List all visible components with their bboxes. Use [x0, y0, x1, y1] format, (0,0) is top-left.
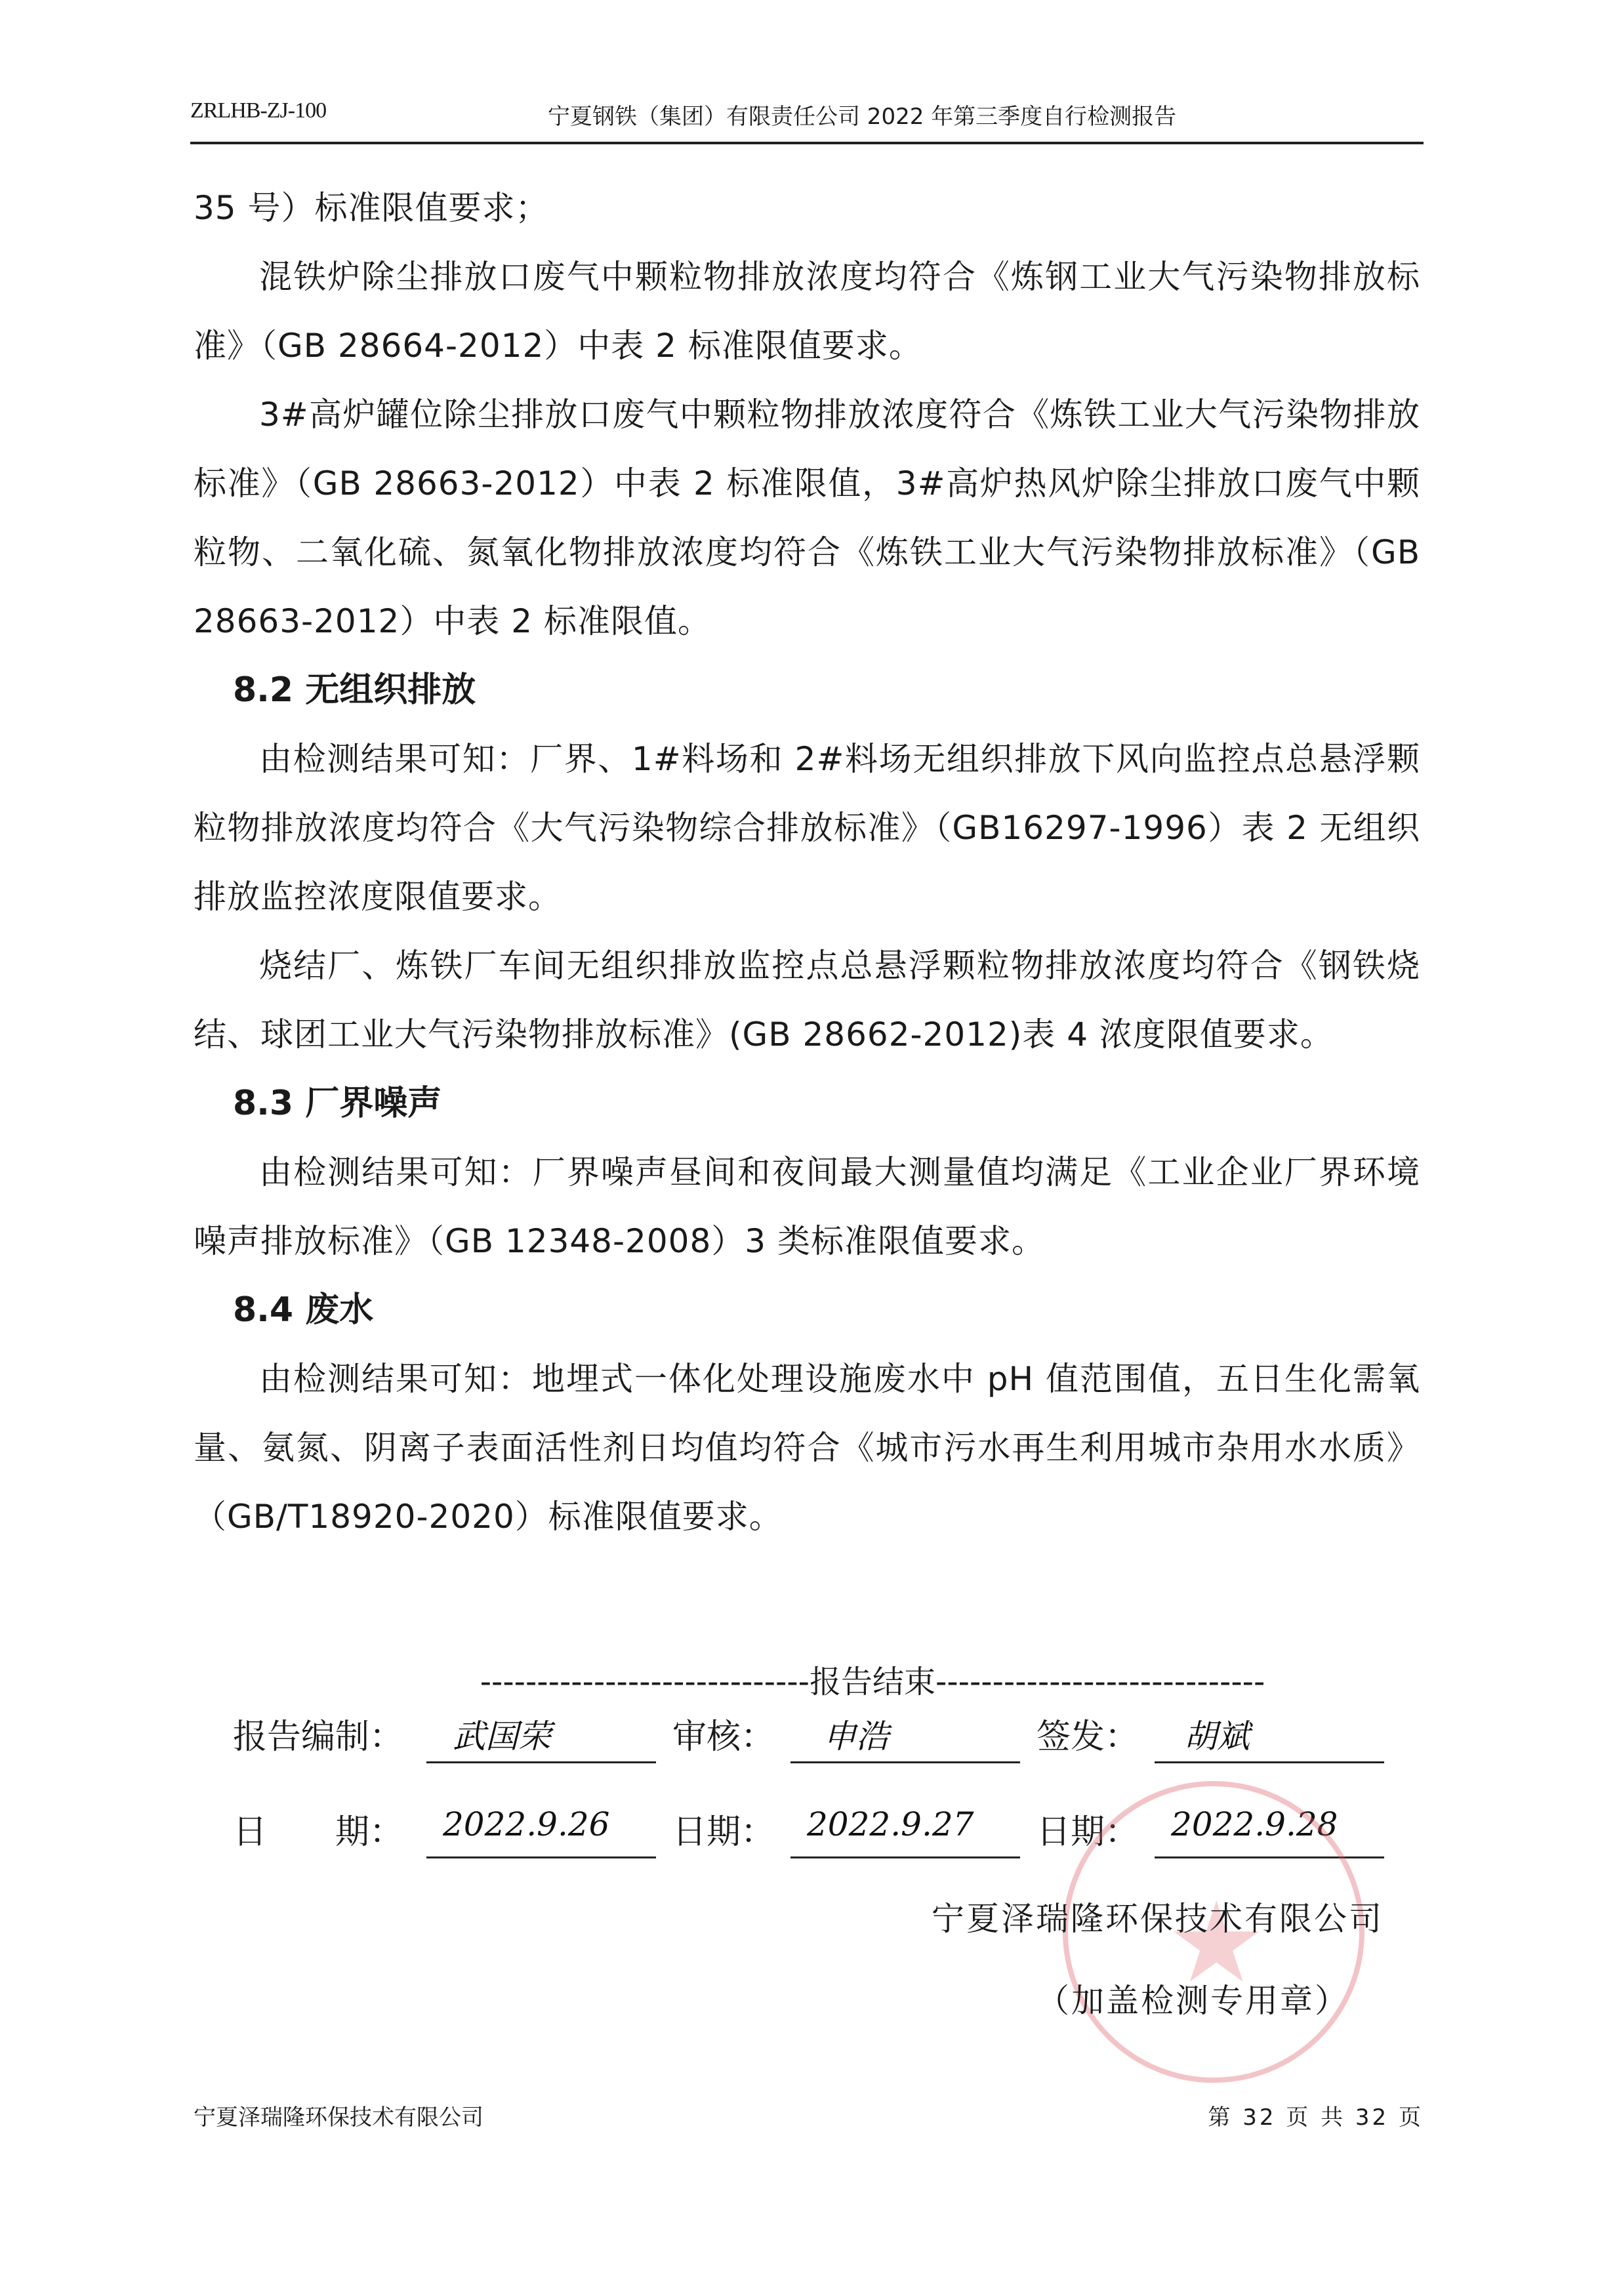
footer-company: 宁夏泽瑞隆环保技术有限公司: [194, 2099, 483, 2131]
report-end-marker: -----------------------------报告结束-------…: [426, 1656, 1319, 1702]
stamp-note: （加盖检测专用章）: [1036, 1975, 1349, 2022]
header-divider: [190, 142, 1424, 144]
issued-signature: 胡斌: [1184, 1710, 1250, 1757]
document-code: ZRLHB-ZJ-100: [190, 98, 326, 123]
paragraph-fugitive-2: 烧结厂、炼铁厂车间无组织排放监控点总悬浮颗粒物排放浓度均符合《钢铁烧结、球团工业…: [194, 932, 1420, 1069]
paragraph-noise: 由检测结果可知：厂界噪声昼间和夜间最大测量值均满足《工业企业厂界环境噪声排放标准…: [194, 1138, 1420, 1276]
date-value-2: 2022.9.27: [807, 1805, 974, 1843]
compiled-signature: 武国荣: [453, 1710, 551, 1757]
paragraph-blast-furnace: 3#高炉罐位除尘排放口废气中颗粒物排放浓度符合《炼铁工业大气污染物排放标准》（G…: [194, 380, 1420, 656]
compiled-label: 报告编制：: [233, 1709, 403, 1758]
issuing-company: 宁夏泽瑞隆环保技术有限公司: [932, 1893, 1384, 1940]
date-label-2: 日期：: [672, 1804, 775, 1853]
date-value-1: 2022.9.26: [443, 1805, 609, 1843]
issued-label: 签发：: [1036, 1709, 1139, 1758]
reviewed-signature: 申浩: [823, 1710, 889, 1757]
issued-signature-line: [1155, 1761, 1384, 1763]
signature-row: 报告编制： 武国荣 审核： 申浩 签发： 胡斌: [233, 1709, 1447, 1768]
date-line-1: [426, 1856, 656, 1858]
paragraph-fugitive-1: 由检测结果可知：厂界、1#料场和 2#料场无组织排放下风向监控点总悬浮颗粒物排放…: [194, 725, 1420, 932]
paragraph-wastewater: 由检测结果可知：地埋式一体化处理设施废水中 pH 值范围值，五日生化需氧量、氨氮…: [194, 1345, 1420, 1551]
compiled-signature-line: [426, 1761, 656, 1763]
section-heading-boundary-noise: 8.3 厂界噪声: [194, 1069, 1420, 1138]
paragraph-mixer-furnace: 混铁炉除尘排放口废气中颗粒物排放浓度均符合《炼钢工业大气污染物排放标准》（GB …: [194, 243, 1420, 380]
report-title: 宁夏钢铁（集团）有限责任公司 2022 年第三季度自行检测报告: [548, 98, 1176, 131]
paragraph-continued: 35 号）标准限值要求；: [194, 174, 1420, 243]
report-body: 35 号）标准限值要求； 混铁炉除尘排放口废气中颗粒物排放浓度均符合《炼钢工业大…: [194, 174, 1420, 1551]
section-heading-fugitive-emission: 8.2 无组织排放: [194, 656, 1420, 725]
reviewed-label: 审核：: [672, 1709, 775, 1758]
date-label-1: 日 期：: [233, 1804, 403, 1853]
date-line-2: [790, 1856, 1020, 1858]
section-heading-wastewater: 8.4 废水: [194, 1276, 1420, 1345]
page-header: ZRLHB-ZJ-100 宁夏钢铁（集团）有限责任公司 2022 年第三季度自行…: [190, 98, 1424, 144]
page-footer: 宁夏泽瑞隆环保技术有限公司 第 32 页 共 32 页: [194, 2099, 1424, 2139]
reviewed-signature-line: [790, 1761, 1020, 1763]
page-number: 第 32 页 共 32 页: [1208, 2099, 1424, 2131]
